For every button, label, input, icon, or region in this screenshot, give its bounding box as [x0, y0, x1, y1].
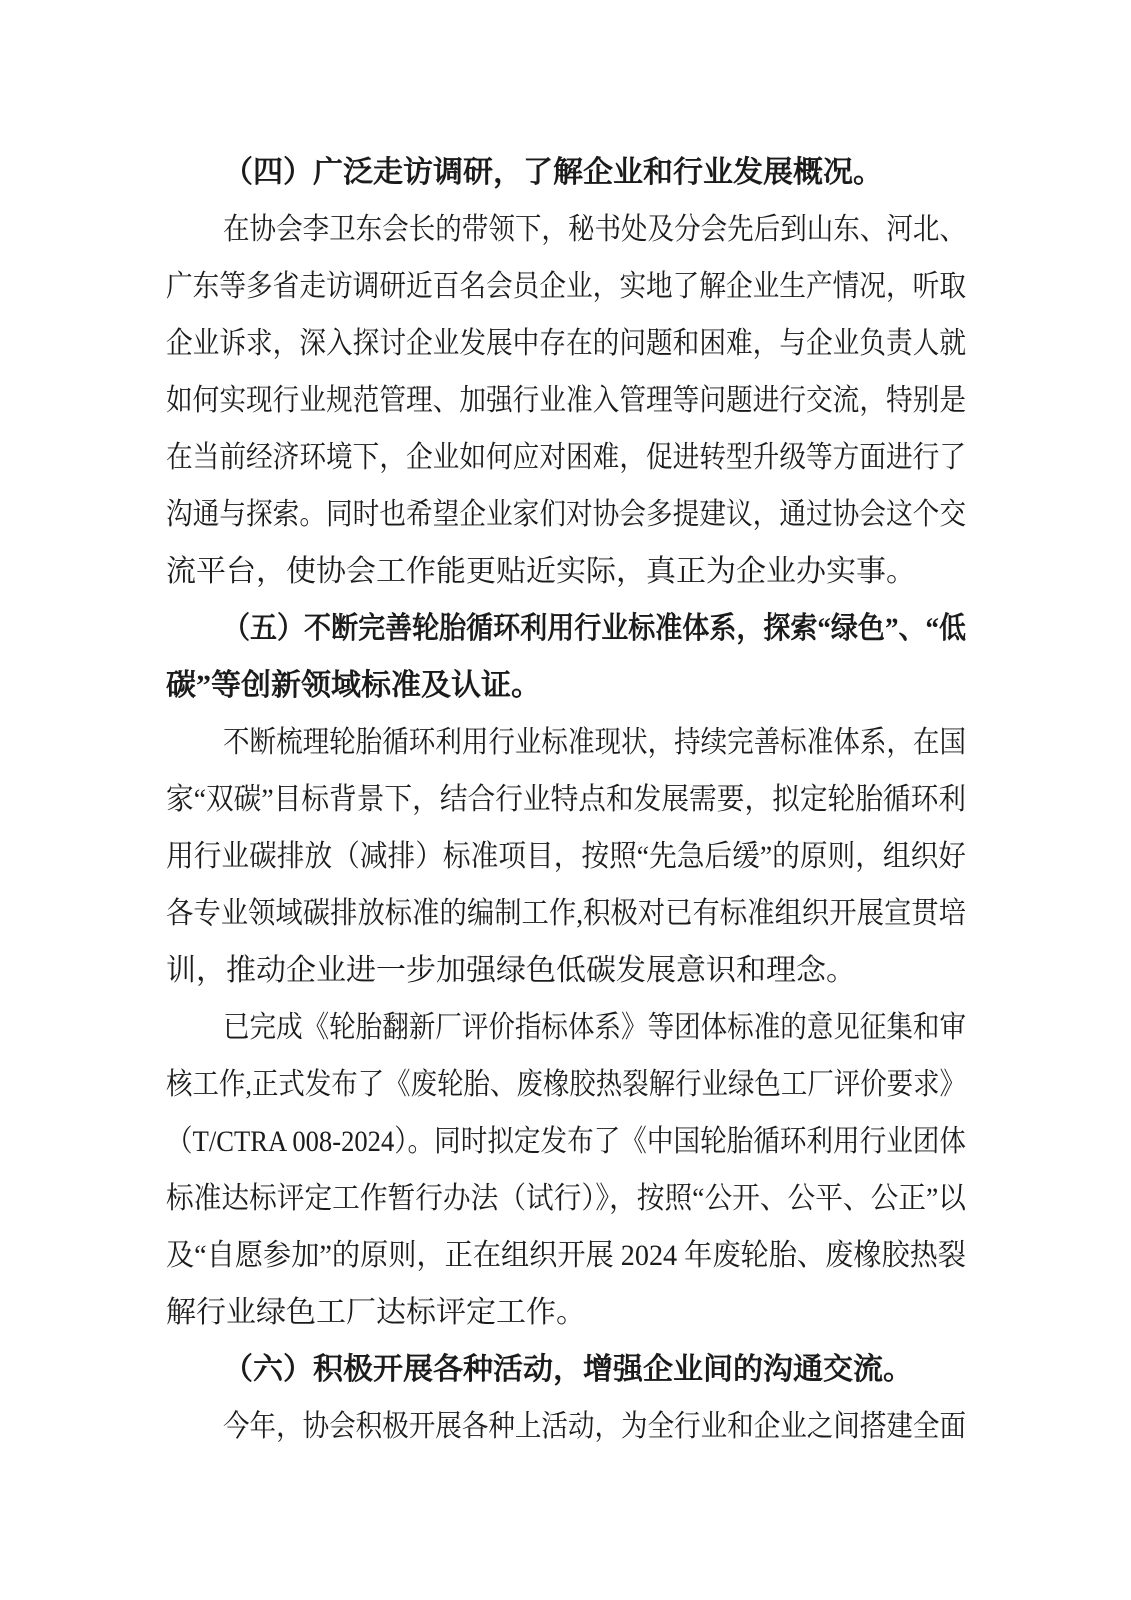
text-run: 不断梳理轮胎循环利用行业标准现状，持续完善标准体系，在国 [223, 714, 966, 771]
document-page: （四）广泛走访调研，了解企业和行业发展概况。在协会李卫东会长的带领下，秘书处及分… [0, 0, 1131, 1600]
text-run: 碳”等创新领域标准及认证。 [166, 657, 541, 714]
paragraph-line: 不断梳理轮胎循环利用行业标准现状，持续完善标准体系，在国 [166, 714, 966, 771]
paragraph-line: 企业诉求，深入探讨企业发展中存在的问题和困难，与企业负责人就 [166, 315, 966, 372]
heading-line: （五）不断完善轮胎循环利用行业标准体系，探索“绿色”、“低 [166, 600, 966, 657]
text-run: 广东等多省走访调研近百名会员企业，实地了解企业生产情况，听取 [166, 258, 966, 315]
text-run: （五）不断完善轮胎循环利用行业标准体系，探索“绿色”、“低 [223, 600, 966, 657]
text-run: 沟通与探索。同时也希望企业家们对协会多提建议，通过协会这个交 [166, 486, 966, 543]
text-run: 流平台，使协会工作能更贴近实际，真正为企业办实事。 [166, 543, 916, 600]
text-run: 如何实现行业规范管理、加强行业准入管理等问题进行交流，特别是 [166, 372, 966, 429]
text-run: 用行业碳排放（减排）标准项目，按照“先急后缓”的原则，组织好 [166, 828, 966, 885]
text-run: 企业诉求，深入探讨企业发展中存在的问题和困难，与企业负责人就 [166, 315, 966, 372]
paragraph-line: 各专业领域碳排放标准的编制工作,积极对已有标准组织开展宣贯培 [166, 885, 966, 942]
text-run: （四）广泛走访调研，了解企业和行业发展概况。 [223, 144, 883, 201]
text-run: 在当前经济环境下，企业如何应对困难，促进转型升级等方面进行了 [166, 429, 966, 486]
paragraph-line: 家“双碳”目标背景下，结合行业特点和发展需要，拟定轮胎循环利 [166, 771, 966, 828]
heading-line: （四）广泛走访调研，了解企业和行业发展概况。 [166, 144, 966, 201]
paragraph-line: 广东等多省走访调研近百名会员企业，实地了解企业生产情况，听取 [166, 258, 966, 315]
text-run: 核工作,正式发布了《废轮胎、废橡胶热裂解行业绿色工厂评价要求》 [166, 1056, 966, 1113]
text-run: 及“自愿参加”的原则，正在组织开展 2024 年废轮胎、废橡胶热裂 [166, 1227, 966, 1284]
paragraph-line: （T/CTRA 008-2024）。同时拟定发布了《中国轮胎循环利用行业团体 [166, 1113, 966, 1170]
text-run: 解行业绿色工厂达标评定工作。 [166, 1284, 586, 1341]
paragraph-line: 在协会李卫东会长的带领下，秘书处及分会先后到山东、河北、 [166, 201, 966, 258]
text-run: 标准达标评定工作暂行办法（试行）》，按照“公开、公平、公正”以 [166, 1170, 966, 1227]
paragraph-line: 已完成《轮胎翻新厂评价指标体系》等团体标准的意见征集和审 [166, 999, 966, 1056]
text-run: 已完成《轮胎翻新厂评价指标体系》等团体标准的意见征集和审 [223, 999, 966, 1056]
text-run: （六）积极开展各种活动，增强企业间的沟通交流。 [223, 1341, 913, 1398]
paragraph-line: 如何实现行业规范管理、加强行业准入管理等问题进行交流，特别是 [166, 372, 966, 429]
text-run: 家“双碳”目标背景下，结合行业特点和发展需要，拟定轮胎循环利 [166, 771, 966, 828]
paragraph-line: 在当前经济环境下，企业如何应对困难，促进转型升级等方面进行了 [166, 429, 966, 486]
paragraph-line: 及“自愿参加”的原则，正在组织开展 2024 年废轮胎、废橡胶热裂 [166, 1227, 966, 1284]
text-run: 训，推动企业进一步加强绿色低碳发展意识和理念。 [166, 942, 856, 999]
paragraph-line: 今年，协会积极开展各种上活动，为全行业和企业之间搭建全面 [166, 1398, 966, 1455]
text-run: 今年，协会积极开展各种上活动，为全行业和企业之间搭建全面 [223, 1398, 966, 1455]
document-body: （四）广泛走访调研，了解企业和行业发展概况。在协会李卫东会长的带领下，秘书处及分… [166, 144, 966, 1455]
text-run: （T/CTRA 008-2024）。同时拟定发布了《中国轮胎循环利用行业团体 [166, 1113, 966, 1170]
text-run: 在协会李卫东会长的带领下，秘书处及分会先后到山东、河北、 [223, 201, 966, 258]
paragraph-line: 沟通与探索。同时也希望企业家们对协会多提建议，通过协会这个交 [166, 486, 966, 543]
paragraph-line: 流平台，使协会工作能更贴近实际，真正为企业办实事。 [166, 543, 966, 600]
heading-line: 碳”等创新领域标准及认证。 [166, 657, 966, 714]
paragraph-line: 标准达标评定工作暂行办法（试行）》，按照“公开、公平、公正”以 [166, 1170, 966, 1227]
text-run: 各专业领域碳排放标准的编制工作,积极对已有标准组织开展宣贯培 [166, 885, 966, 942]
paragraph-line: 解行业绿色工厂达标评定工作。 [166, 1284, 966, 1341]
paragraph-line: 用行业碳排放（减排）标准项目，按照“先急后缓”的原则，组织好 [166, 828, 966, 885]
paragraph-line: 训，推动企业进一步加强绿色低碳发展意识和理念。 [166, 942, 966, 999]
heading-line: （六）积极开展各种活动，增强企业间的沟通交流。 [166, 1341, 966, 1398]
paragraph-line: 核工作,正式发布了《废轮胎、废橡胶热裂解行业绿色工厂评价要求》 [166, 1056, 966, 1113]
